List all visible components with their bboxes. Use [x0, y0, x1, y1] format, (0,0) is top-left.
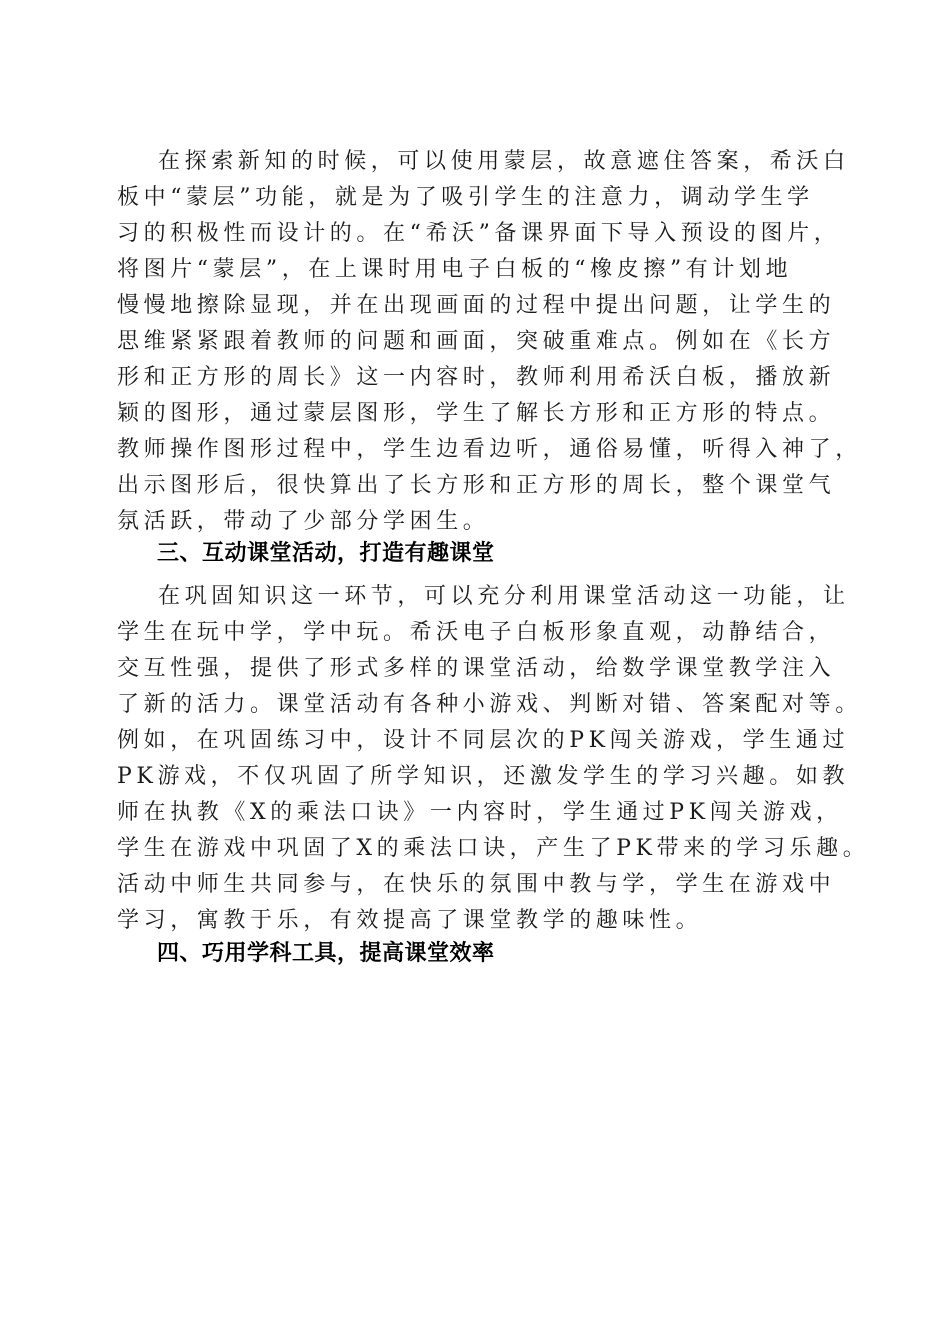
paragraph-line: 学生在游戏中巩固了X的乘法口诀，产生了PK带来的学习乐趣。 — [117, 831, 837, 867]
paragraph-line: 例如，在巩固练习中，设计不同层次的PK闯关游戏，学生通过 — [117, 723, 837, 759]
paragraph-line: 慢慢地擦除显现，并在出现画面的过程中提出问题，让学生的 — [117, 288, 837, 324]
paragraph-line: 出示图形后，很快算出了长方形和正方形的周长，整个课堂气 — [117, 468, 837, 504]
paragraph-line: 交互性强，提供了形式多样的课堂活动，给数学课堂教学注入 — [117, 651, 837, 687]
paragraph-line: 师在执教《X的乘法口诀》一内容时，学生通过PK闯关游戏， — [117, 795, 837, 831]
paragraph-line: 活动中师生共同参与，在快乐的氛围中教与学，学生在游戏中 — [117, 867, 837, 903]
paragraph-line: 在巩固知识这一环节，可以充分利用课堂活动这一功能，让 — [158, 579, 878, 615]
paragraph-line: 习的积极性而设计的。在“希沃”备课界面下导入预设的图片， — [117, 216, 837, 252]
paragraph-line: 思维紧紧跟着教师的问题和画面，突破重难点。例如在《长方 — [117, 324, 837, 360]
section-heading-four: 四、巧用学科工具，提高课堂效率 — [157, 934, 495, 974]
paragraph-line: 在探索新知的时候，可以使用蒙层，故意遮住答案，希沃白 — [158, 144, 878, 180]
paragraph-line: PK游戏，不仅巩固了所学知识，还激发学生的学习兴趣。如教 — [117, 759, 837, 795]
paragraph-line: 教师操作图形过程中，学生边看边听，通俗易懂，听得入神了， — [117, 432, 837, 468]
paragraph-line: 学生在玩中学，学中玩。希沃电子白板形象直观，动静结合， — [117, 615, 837, 651]
document-page: 在探索新知的时候，可以使用蒙层，故意遮住答案，希沃白 板中“蒙层”功能，就是为了… — [0, 0, 950, 1344]
paragraph-line: 板中“蒙层”功能，就是为了吸引学生的注意力，调动学生学 — [117, 180, 837, 216]
section-heading-three: 三、互动课堂活动，打造有趣课堂 — [157, 534, 495, 574]
paragraph-line: 形和正方形的周长》这一内容时，教师利用希沃白板，播放新 — [117, 360, 837, 396]
paragraph-line: 颖的图形，通过蒙层图形，学生了解长方形和正方形的特点。 — [117, 396, 837, 432]
paragraph-line: 了新的活力。课堂活动有各种小游戏、判断对错、答案配对等。 — [117, 687, 837, 723]
paragraph-line: 将图片“蒙层”，在上课时用电子白板的“橡皮擦”有计划地 — [117, 252, 837, 288]
